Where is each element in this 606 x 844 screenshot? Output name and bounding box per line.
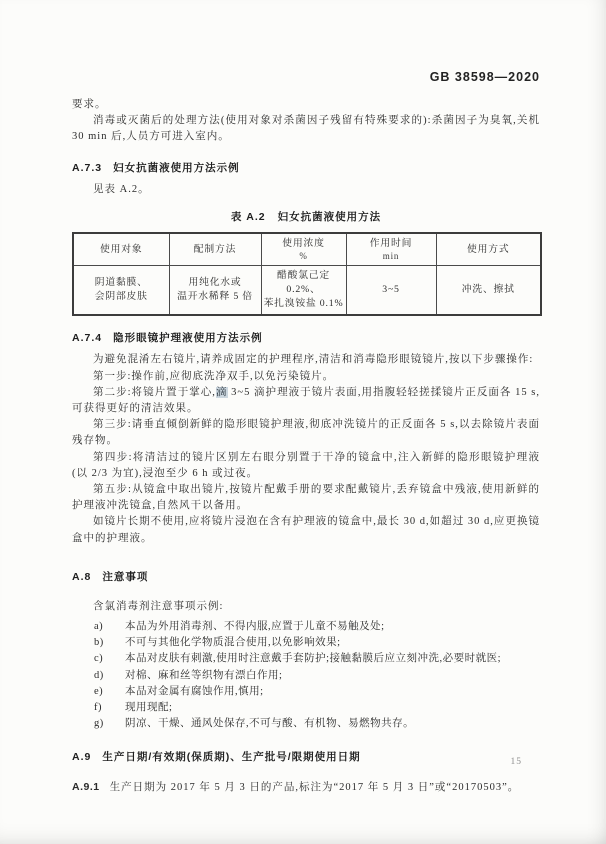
clause-a91-number: A.9.1	[72, 781, 100, 793]
col-header-preparation: 配制方法	[169, 233, 261, 266]
intro-paragraph: 消毒或灭菌后的处理方法(使用对象对杀菌因子残留有特殊要求的):杀菌因子为臭氧,关…	[72, 113, 540, 145]
intro-tail-line: 要求。	[72, 97, 540, 113]
cell-method: 冲洗、擦拭	[436, 266, 541, 316]
heading-a74-title: 隐形眼镜护理液使用方法示例	[113, 332, 263, 344]
usage-method-table: 使用对象 配制方法 使用浓度% 作用时间min 使用方式 阴道黏膜、 会阴部皮肤…	[72, 232, 542, 317]
notes-list: a)本品为外用消毒剂、不得内服,应置于儿童不易触及处; b)不可与其他化学物质混…	[72, 619, 540, 732]
col-header-duration: 作用时间min	[346, 233, 436, 266]
clause-a91-text: 生产日期为 2017 年 5 月 3 日的产品,标注为“2017 年 5 月 3…	[110, 782, 520, 793]
page-number: 15	[511, 757, 523, 767]
table-caption: 表 A.2妇女抗菌液使用方法	[72, 210, 540, 224]
heading-a9-title: 生产日期/有效期(保质期)、生产批号/限期使用日期	[102, 751, 360, 763]
step-3: 第三步:请垂直倾倒新鲜的隐形眼镜护理液,彻底冲洗镜片的正反面各 5 s,以去除镜…	[72, 417, 540, 449]
heading-a73: A.7.3妇女抗菌液使用方法示例	[72, 160, 540, 176]
note-item-c: c)本品对皮肤有刺激,使用时注意戴手套防护;接触黏膜后应立刻冲洗,必要时就医;	[72, 651, 540, 667]
heading-a9: A.9生产日期/有效期(保质期)、生产批号/限期使用日期	[72, 749, 540, 765]
notes-intro: 含氯消毒剂注意事项示例:	[72, 599, 540, 615]
clause-a91: A.9.1生产日期为 2017 年 5 月 3 日的产品,标注为“2017 年 …	[72, 779, 540, 796]
heading-a74-number: A.7.4	[72, 332, 102, 344]
document-page: GB 38598—2020 要求。 消毒或灭菌后的处理方法(使用对象对杀菌因子残…	[0, 0, 606, 844]
storage-note: 如镜片长期不使用,应将镜片浸泡在含有护理液的镜盒中,最长 30 d,如超过 30…	[72, 514, 540, 546]
col-header-concentration: 使用浓度%	[261, 233, 346, 266]
col-header-method: 使用方式	[436, 233, 541, 266]
cell-preparation: 用纯化水或 温开水稀释 5 倍	[169, 266, 261, 316]
cell-target: 阴道黏膜、 会阴部皮肤	[73, 266, 169, 316]
col-unit-percent: %	[264, 251, 344, 262]
table-caption-label: 表 A.2	[231, 211, 266, 223]
table-header-row: 使用对象 配制方法 使用浓度% 作用时间min 使用方式	[73, 233, 541, 266]
note-item-a: a)本品为外用消毒剂、不得内服,应置于儿童不易触及处;	[72, 619, 540, 635]
page-content: GB 38598—2020 要求。 消毒或灭菌后的处理方法(使用对象对杀菌因子残…	[0, 0, 606, 797]
col-header-target: 使用对象	[73, 233, 169, 266]
heading-a8-number: A.8	[72, 571, 91, 583]
heading-a9-number: A.9	[72, 751, 91, 763]
heading-a73-title: 妇女抗菌液使用方法示例	[113, 162, 240, 174]
see-table-line: 见表 A.2。	[72, 182, 540, 198]
highlighted-character: 滴	[216, 387, 228, 398]
note-item-b: b)不可与其他化学物质混合使用,以免影响效果;	[72, 635, 540, 651]
heading-a74: A.7.4隐形眼镜护理液使用方法示例	[72, 330, 540, 346]
note-item-d: d)对棉、麻和丝等织物有漂白作用;	[72, 668, 540, 684]
col-unit-min: min	[349, 251, 434, 262]
note-item-f: f)现用现配;	[72, 700, 540, 716]
note-item-g: g)阴凉、干燥、通风处保存,不可与酸、有机物、易燃物共存。	[72, 716, 540, 732]
cell-concentration: 醋酸氯己定 0.2%、 苯扎溴铵盐 0.1%	[261, 266, 346, 316]
step-1: 第一步:操作前,应彻底洗净双手,以免污染镜片。	[72, 369, 540, 385]
steps-intro: 为避免混淆左右镜片,请养成固定的护理程序,清洁和消毒隐形眼镜镜片,按以下步骤操作…	[72, 352, 540, 368]
step-2: 第二步:将镜片置于掌心,滴 3~5 滴护理液于镜片表面,用指腹轻轻搓揉镜片正反面…	[72, 385, 540, 417]
note-item-e: e)本品对金属有腐蚀作用,慎用;	[72, 684, 540, 700]
care-steps: 为避免混淆左右镜片,请养成固定的护理程序,清洁和消毒隐形眼镜镜片,按以下步骤操作…	[72, 352, 540, 546]
table-row: 阴道黏膜、 会阴部皮肤 用纯化水或 温开水稀释 5 倍 醋酸氯己定 0.2%、 …	[73, 266, 541, 316]
standard-number-header: GB 38598—2020	[72, 70, 540, 84]
step-5: 第五步:从镜盒中取出镜片,按镜片配戴手册的要求配戴镜片,丢弃镜盒中残液,使用新鲜…	[72, 482, 540, 514]
cell-duration: 3~5	[346, 266, 436, 316]
heading-a73-number: A.7.3	[72, 162, 102, 174]
heading-a8-title: 注意事项	[102, 571, 148, 583]
table-caption-text: 妇女抗菌液使用方法	[278, 211, 382, 223]
heading-a8: A.8注意事项	[72, 569, 540, 585]
step-4: 第四步:将清洁过的镜片区别左右眼分别置于干净的镜盒中,注入新鲜的隐形眼镜护理液(…	[72, 450, 540, 482]
